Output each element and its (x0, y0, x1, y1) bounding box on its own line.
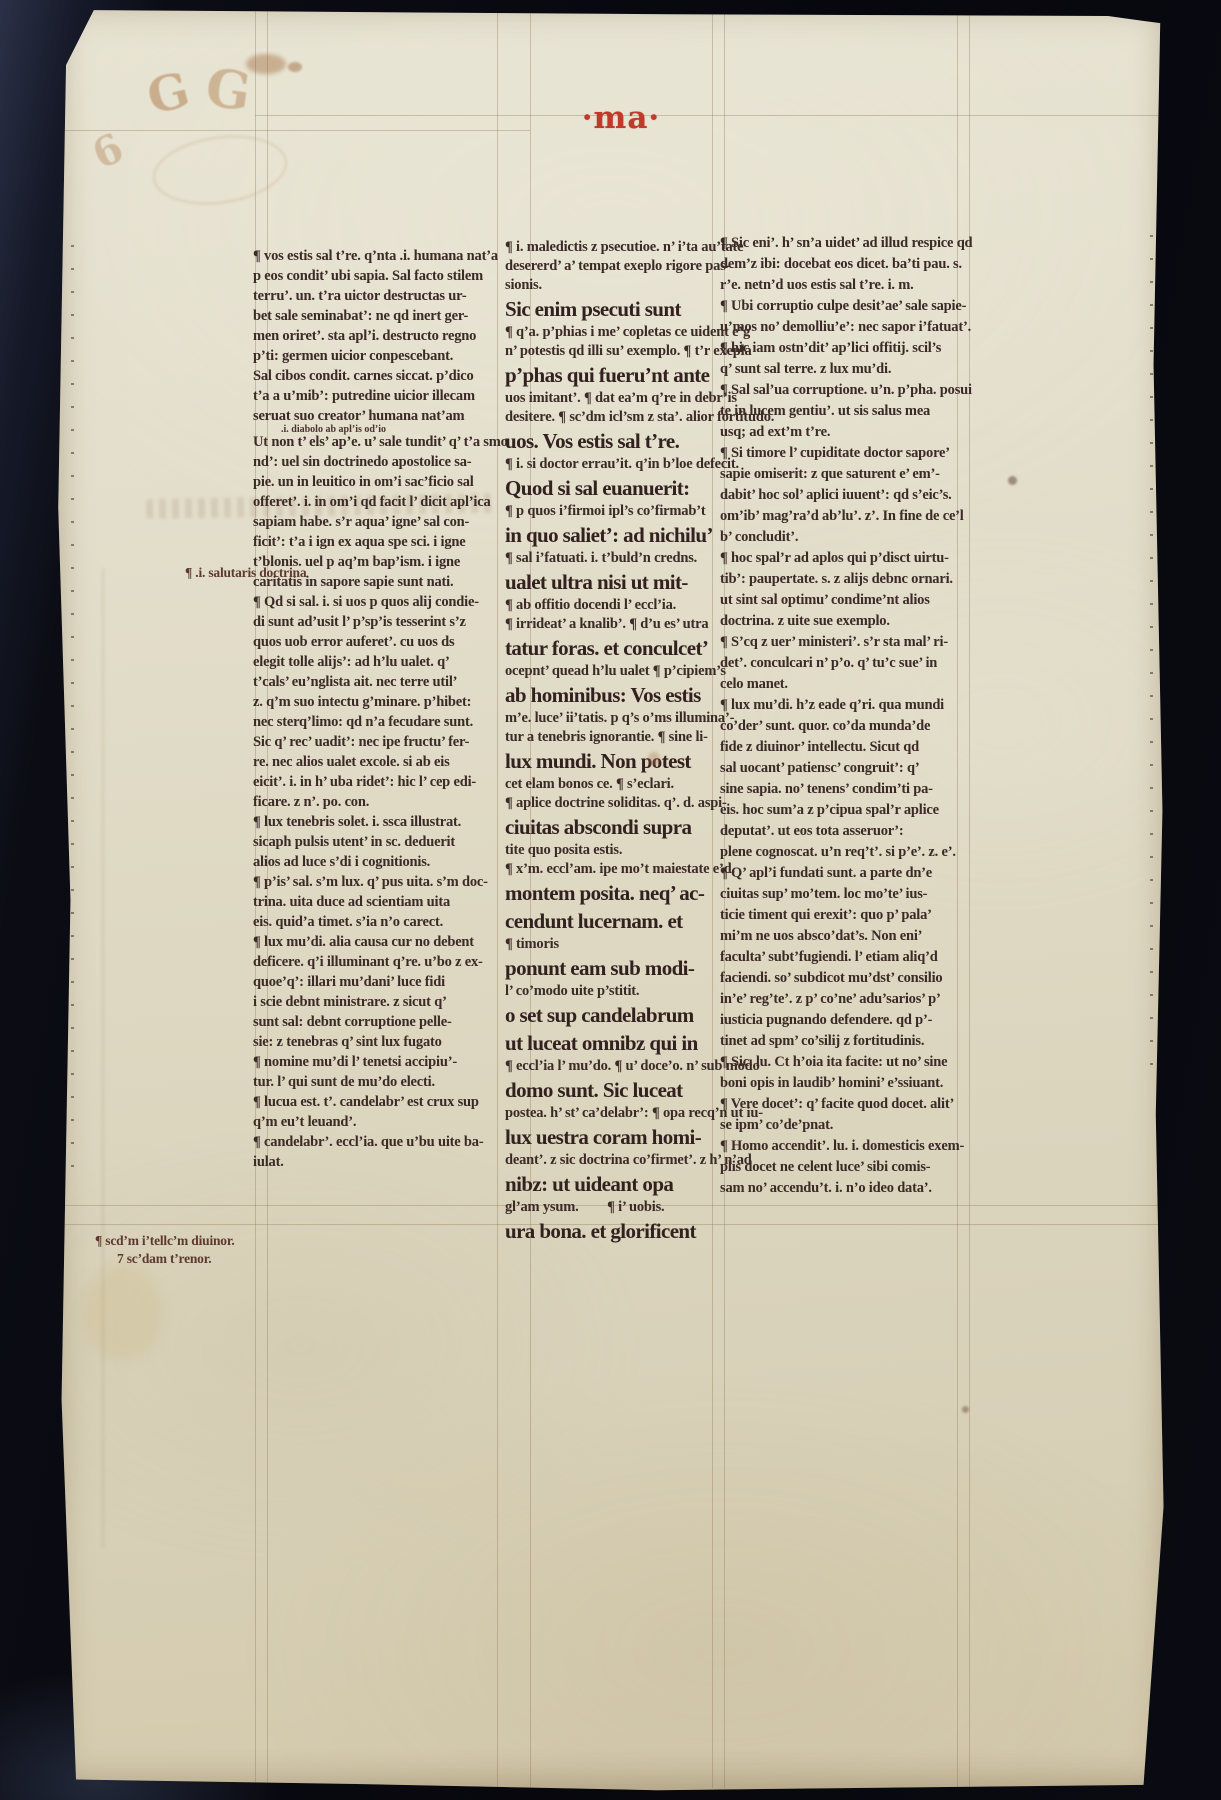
text-line: ¶ i. si doctor errau’it. q’in b’loe defe… (505, 455, 723, 474)
text-line: om’ib’ mag’ra’d ab’lu’. z’. In fine de c… (720, 506, 970, 527)
text-line: deficere. q’i illuminant q’re. u’bo z ex… (253, 952, 501, 972)
marginal-note: ¶ .i. salutaris doctrina (185, 564, 306, 582)
text-line: postea. h’ st’ ca’delabr’: ¶ opa recq’n … (505, 1104, 723, 1123)
text-line: ¶ x’m. eccl’am. ipe mo’t maiestate e’d. (505, 860, 723, 879)
text-line: trina. uita duce ad scientiam uita (253, 892, 501, 912)
text-line: Ut non t’ els’ ap’e. u’ sale tundit’ q’ … (253, 432, 501, 452)
text-line: cet elam bonos ce. ¶ s’eclari. (505, 775, 723, 794)
text-line: sal uocant’ patiensc’ congruit’: q’ (720, 758, 970, 779)
text-line: ¶ sal i’fatuati. i. t’buld’n credns. (505, 549, 723, 568)
text-column-left: ¶ vos estis sal t’re. q’nta .i. humana n… (253, 246, 501, 1172)
text-line: cendunt lucernam. et (505, 907, 723, 935)
text-line: ocepnt’ quead h’lu ualet ¶ p’cipiem’s (505, 662, 723, 681)
text-line: ¶ Sic. lu. Ct h’oia ita facite: ut no’ s… (720, 1052, 970, 1073)
text-line: ¶ aplice doctrine soliditas. q’. d. aspi… (505, 794, 723, 813)
text-line: ¶ Qd si sal. i. si uos p quos alij condi… (253, 592, 501, 612)
text-line: in quo saliet’: ad nichilu’ (505, 521, 723, 549)
text-line: q’ sunt sal terre. z lux mu’di. (720, 359, 970, 380)
text-line: ponunt eam sub modi- (505, 954, 723, 982)
text-line: pie. un in leuitico in om’i sac’ficio sa… (253, 472, 501, 492)
text-line: ¶ timoris (505, 935, 723, 954)
text-line: nibz: ut uideant opa (505, 1170, 723, 1198)
text-line: p eos condit’ ubi sapia. Sal facto stile… (253, 266, 501, 286)
text-line: ¶ lucua est. t’. candelabr’ est crux sup (253, 1092, 501, 1112)
text-line: ¶ ab offitio docendi l’ eccl’ia. (505, 596, 723, 615)
text-line: ciuitas abscondi supra (505, 813, 723, 841)
text-line: men oriret’. sta apl’i. destructo regno (253, 326, 501, 346)
text-line: in’e’ reg’te’. z p’ co’ne’ adu’sarios’ p… (720, 989, 970, 1010)
text-line: mi’m ne uos absco’dat’s. Non eni’ (720, 926, 970, 947)
text-line: ¶ lux mu’di. alia causa cur no debent (253, 932, 501, 952)
text-line: sionis. (505, 276, 723, 295)
text-line: tinet ad spm’ co’silij z fortitudinis. (720, 1031, 970, 1052)
text-line: tur. l’ qui sunt de mu’do electi. (253, 1072, 501, 1092)
text-line: ab hominibus: Vos estis (505, 681, 723, 709)
text-line: ¶ eccl’ia l’ mu’do. ¶ u’ doce’o. n’ sub … (505, 1057, 723, 1076)
stain (1008, 476, 1017, 485)
running-title: ·ma· (556, 100, 686, 136)
text-line: ¶ p quos i’firmoi ipl’s co’firmab’t (505, 502, 723, 521)
text-line: ciuitas sup’ mo’tem. loc mo’te’ ius- (720, 884, 970, 905)
text-line: plene cognoscat. u’n req’t’. si p’e’. z.… (720, 842, 970, 863)
text-line: usq; ad ext’m t’re. (720, 422, 970, 443)
marginal-note-line: ¶ scd’m i’tellc’m diuinor. (95, 1232, 235, 1250)
text-line: r’e. netn’d uos estis sal t’re. i. m. (720, 275, 970, 296)
text-line: quos uob error auferet’. cu uos ds (253, 632, 501, 652)
text-line: t’a a u’mib’: putredine uicior illecam (253, 386, 501, 406)
text-line: ¶ lux tenebris solet. i. ssca illustrat. (253, 812, 501, 832)
text-line: eis. hoc sum’a z p’cipua spal’r aplice (720, 800, 970, 821)
text-line: desererd’ a’ tempat exeplo rigore pas- (505, 257, 723, 276)
text-line: ficit’: t’a i ign ex aqua spe sci. i ign… (253, 532, 501, 552)
text-line: ¶ lux mu’di. h’z eade q’ri. qua mundi (720, 695, 970, 716)
ruling-line (60, 130, 530, 131)
text-line: p’ti: germen uicior conpescebant. (253, 346, 501, 366)
stain (82, 1264, 162, 1360)
text-line: faciendi. so’ subdicot mu’dst’ consilio (720, 968, 970, 989)
text-line: elegit tolle alijs’: ad h’lu ualet. q’ (253, 652, 501, 672)
faded-corner-mark: G (142, 62, 195, 126)
text-line: sam no’ accendu’t. i. n’o ideo data’. (720, 1178, 970, 1199)
pricking-holes (71, 245, 74, 1170)
stain (288, 62, 302, 72)
marginal-note-line: 7 sc’dam t’renor. (117, 1250, 235, 1268)
text-line: tib’: paupertate. s. z alijs debnc ornar… (720, 569, 970, 590)
text-line: ¶ hoc spal’r ad aplos qui p’disct uirtu- (720, 548, 970, 569)
text-line: o set sup candelabrum (505, 1001, 723, 1029)
text-line: tur a tenebris ignorantie. ¶ sine li- (505, 728, 723, 747)
manuscript-photo: G G 6 ·ma· ¶ vos estis sal t’re. q’nta .… (0, 0, 1221, 1800)
text-line: ¶ Vere docet’: q’ facite quod docet. ali… (720, 1094, 970, 1115)
parchment-crease (102, 568, 104, 1548)
text-line: ¶ nomine mu’di l’ tenetsi accipiu’- (253, 1052, 501, 1072)
text-line: ¶ Sic eni’. h’ sn’a uidet’ ad illud resp… (720, 233, 970, 254)
text-line: ¶ i. maledictis z psecutioe. n’ i’ta au’… (505, 238, 723, 257)
text-line: di sunt ad’usit l’ p’sp’is tesserint s’z (253, 612, 501, 632)
text-line: tite quo posita estis. (505, 841, 723, 860)
text-line: u’mos no’ demolliu’e’: nec sapor i’fatua… (720, 317, 970, 338)
text-line: dem’z ibi: docebat eos dicet. ba’ti pau.… (720, 254, 970, 275)
text-line: fide z diuinor’ intellectu. Sicut qd (720, 737, 970, 758)
text-line: ut sint sal optimu’ condime’nt alios (720, 590, 970, 611)
text-line: Sic q’ rec’ uadit’: nec ipe fructu’ fer- (253, 732, 501, 752)
text-line: gl’am ysum. ¶ i’ uobis. (505, 1198, 723, 1217)
text-line: ¶ Q’ apl’i fundati sunt. a parte dn’e (720, 863, 970, 884)
text-line: ¶ q’a. p’phias i me’ copletas ce uident … (505, 323, 723, 342)
text-line: ¶ p’is’ sal. s’m lux. q’ pus uita. s’m d… (253, 872, 501, 892)
text-line: ¶ Ubi corruptio culpe desit’ae’ sale sap… (720, 296, 970, 317)
text-line: terru’. un. t’ra uictor destructas ur- (253, 286, 501, 306)
text-line: doctrina. z uite sue exemplo. (720, 611, 970, 632)
text-line: tatur foras. et conculcet’ (505, 634, 723, 662)
text-line: seruat suo creator’ humana nat’am (253, 406, 501, 426)
text-line: iusticia pugnando defendere. qd p’- (720, 1010, 970, 1031)
text-line: domo sunt. Sic luceat (505, 1076, 723, 1104)
text-line: deant’. z sic doctrina co’firmet’. z h’ … (505, 1151, 723, 1170)
text-line: ¶ Si timore l’ cupiditate doctor sapore’ (720, 443, 970, 464)
text-line: offeret’. i. in om’i qd facit l’ dicit a… (253, 492, 501, 512)
text-line: se ipm’ co’de’pnat. (720, 1115, 970, 1136)
text-line: re. nec alios ualet excole. si ab eis (253, 752, 501, 772)
text-line: Sic enim psecuti sunt (505, 295, 723, 323)
text-line: ¶ vos estis sal t’re. q’nta .i. humana n… (253, 246, 501, 266)
text-line: desitere. ¶ sc’dm icl’sm z sta’. alior f… (505, 408, 723, 427)
text-line: faculta’ subt’fugiendi. l’ etiam aliq’d (720, 947, 970, 968)
text-line: celo manet. (720, 674, 970, 695)
text-line: uos. Vos estis sal t’re. (505, 427, 723, 455)
text-line: deputat’. ut eos tota asseruor’: (720, 821, 970, 842)
text-line: m’e. luce’ ii’tatis. p q’s o’ms illumina… (505, 709, 723, 728)
text-line: ¶ candelabr’. eccl’ia. que u’bu uite ba- (253, 1132, 501, 1152)
marginal-note: ¶ scd’m i’tellc’m diuinor. 7 sc’dam t’re… (95, 1232, 235, 1268)
text-column-middle: ¶ i. maledictis z psecutioe. n’ i’ta au’… (505, 238, 723, 1245)
text-line: ¶ Sal sal’ua corruptione. u’n. p’pha. po… (720, 380, 970, 401)
text-line: sunt sal: debnt corruptione pelle- (253, 1012, 501, 1032)
text-line: i scie debnt ministrare. z sicut q’ (253, 992, 501, 1012)
text-line: det’. conculcari n’ p’o. q’ tu’c sue’ in (720, 653, 970, 674)
text-line: ¶ Homo accendit’. lu. i. domesticis exem… (720, 1136, 970, 1157)
text-line: q’m eu’t leuand’. (253, 1112, 501, 1132)
text-line: n’ potestis qd illi su’ exemplo. ¶ t’r e… (505, 342, 723, 361)
text-line: ¶ irrideat’ a knalib’. ¶ d’u es’ utra (505, 615, 723, 634)
text-line: iulat. (253, 1152, 501, 1172)
text-line: ¶ hic iam ostn’dit’ ap’lici offitij. sci… (720, 338, 970, 359)
text-line: plis docet ne celent luce’ sibi comis- (720, 1157, 970, 1178)
parchment-leaf: G G 6 ·ma· ¶ vos estis sal t’re. q’nta .… (56, 8, 1168, 1792)
text-line: lux mundi. Non potest (505, 747, 723, 775)
text-line: sine sapia. no’ tenens’ condim’ti pa- (720, 779, 970, 800)
text-line: eis. quid’a timet. s’ia n’o carect. (253, 912, 501, 932)
text-line: ualet ultra nisi ut mit- (505, 568, 723, 596)
text-line: Quod si sal euanuerit: (505, 474, 723, 502)
text-line: l’ co’modo uite p’stitit. (505, 982, 723, 1001)
text-line: alios ad luce s’di i cognitionis. (253, 852, 501, 872)
faded-corner-mark: 6 (85, 124, 130, 178)
text-line: nd’: uel sin doctrinedo apostolice sa- (253, 452, 501, 472)
text-line: p’phas qui fueru’nt ante (505, 361, 723, 389)
faded-ink-ring (148, 127, 292, 213)
text-line: dabit’ hoc sol’ aplici iuuent’: qd s’eic… (720, 485, 970, 506)
text-line: nec sterq’limo: qd n’a fecudare sunt. (253, 712, 501, 732)
text-line: uos imitant’. ¶ dat ea’m q’re in debr’is (505, 389, 723, 408)
text-line: z. q’m suo intectu g’minare. p’hibet: (253, 692, 501, 712)
text-line: b’ concludit’. (720, 527, 970, 548)
text-line: Sal cibos condit. carnes siccat. p’dico (253, 366, 501, 386)
text-line: boni opis in laudib’ homini’ e’ssiuant. (720, 1073, 970, 1094)
text-line: ficare. z n’. po. con. (253, 792, 501, 812)
text-line: sie: z tenebras q’ sint lux fugato (253, 1032, 501, 1052)
text-line: lux uestra coram homi- (505, 1123, 723, 1151)
text-column-right: ¶ Sic eni’. h’ sn’a uidet’ ad illud resp… (720, 233, 970, 1199)
text-line: ura bona. et glorificent (505, 1217, 723, 1245)
text-line: sapie omiserit: z que saturent e’ em’- (720, 464, 970, 485)
pricking-holes (1150, 235, 1153, 1065)
faded-corner-mark: G (202, 57, 254, 124)
text-line: quoe’q’: illari mu’dani’ luce fidi (253, 972, 501, 992)
text-line: ticie timent qui erexit’: quo p’ pala’ (720, 905, 970, 926)
text-line: sicaph pulsis utent’ in sc. deduerit (253, 832, 501, 852)
text-line: eicit’. i. in h’ uba ridet’: hic l’ cep … (253, 772, 501, 792)
text-line: montem posita. neq’ ac- (505, 879, 723, 907)
text-line: ¶ S’cq z uer’ ministeri’. s’r sta mal’ r… (720, 632, 970, 653)
text-line: t’cals’ eu’nglista ait. nec terre util’ (253, 672, 501, 692)
text-line: co’der’ sunt. quor. co’da munda’de (720, 716, 970, 737)
stain (962, 1406, 969, 1413)
text-line: sapiam habe. s’r aqua’ igne’ sal con- (253, 512, 501, 532)
text-line: bet sale seminabat’: ne qd inert ger- (253, 306, 501, 326)
ruling-line (255, 115, 1165, 116)
text-line: ut luceat omnibz qui in (505, 1029, 723, 1057)
text-line: te in lucem gentiu’. ut sis salus mea (720, 401, 970, 422)
